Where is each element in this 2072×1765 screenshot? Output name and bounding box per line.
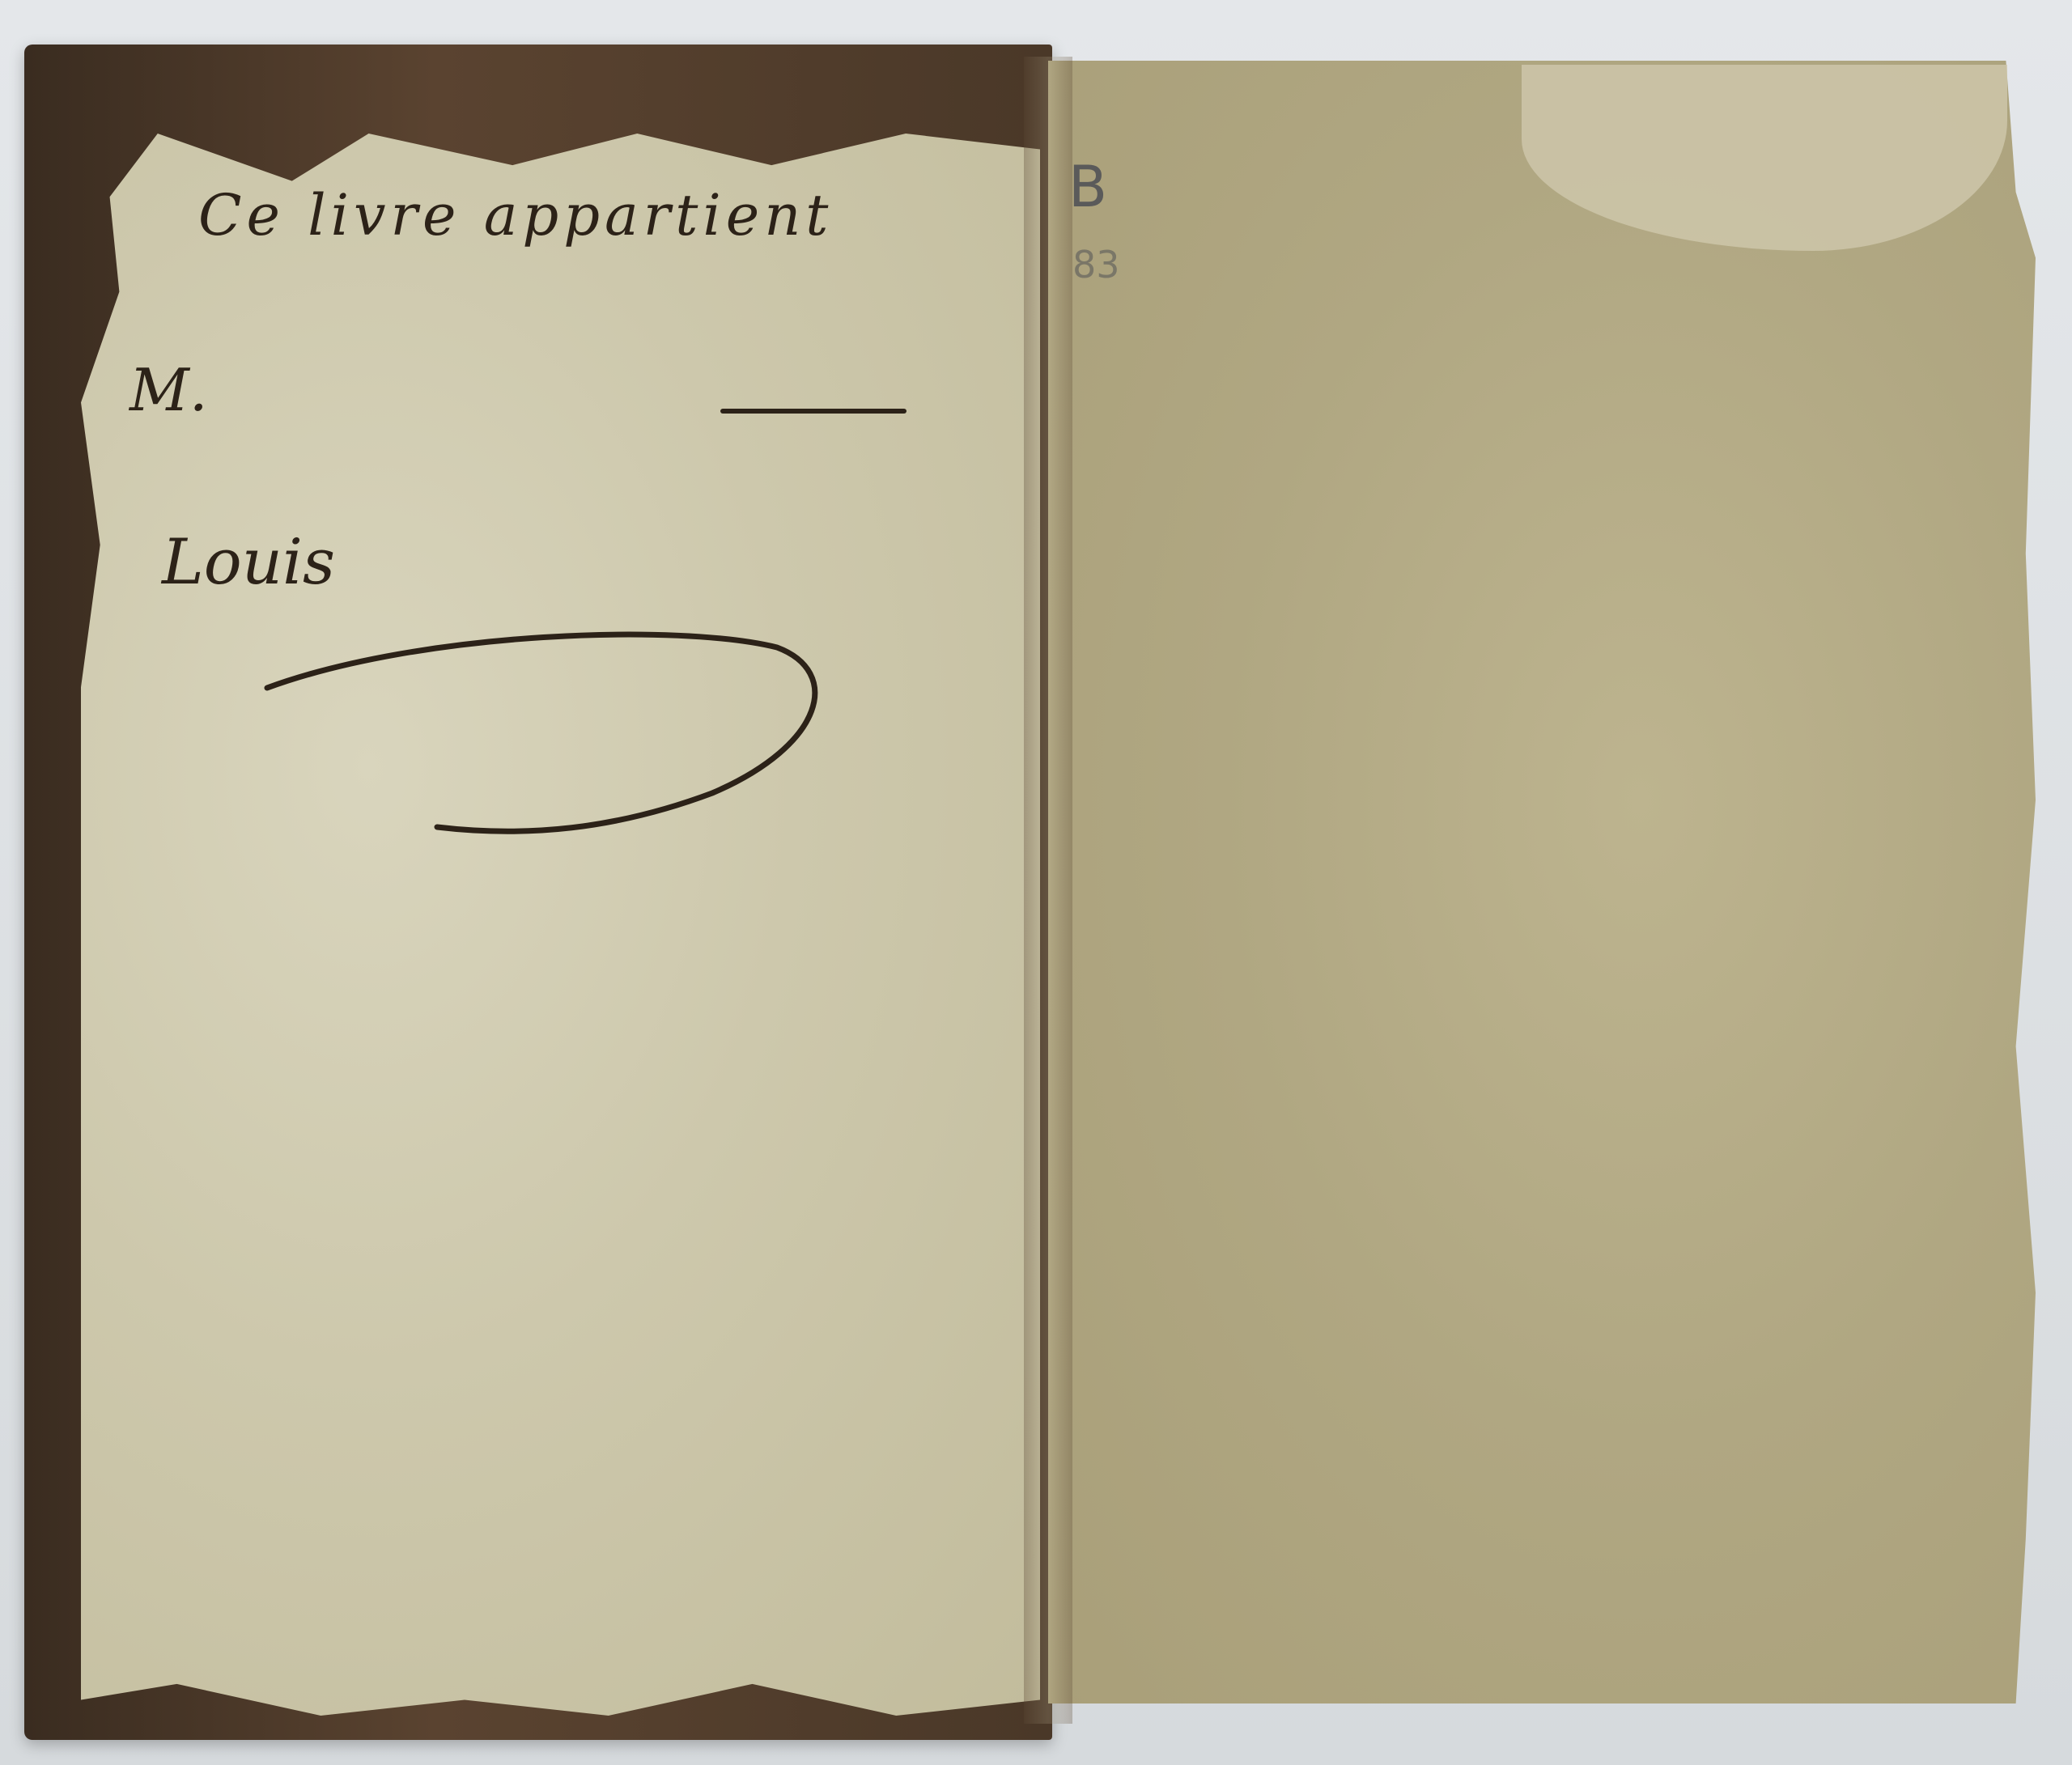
right-endpaper [1048, 61, 2036, 1703]
pen-flourish-icon [259, 615, 842, 842]
book-gutter [1024, 57, 1072, 1724]
inscription-ownership: Ce livre appartient [198, 182, 833, 248]
pencil-mark-b: B [1068, 154, 1107, 220]
pencil-mark-number: 83 [1072, 243, 1120, 286]
inscription-dash [720, 409, 906, 414]
inscription-name-prefix: M. [129, 356, 208, 424]
left-endpaper [81, 134, 1040, 1716]
inscription-place: Louis [162, 526, 335, 599]
